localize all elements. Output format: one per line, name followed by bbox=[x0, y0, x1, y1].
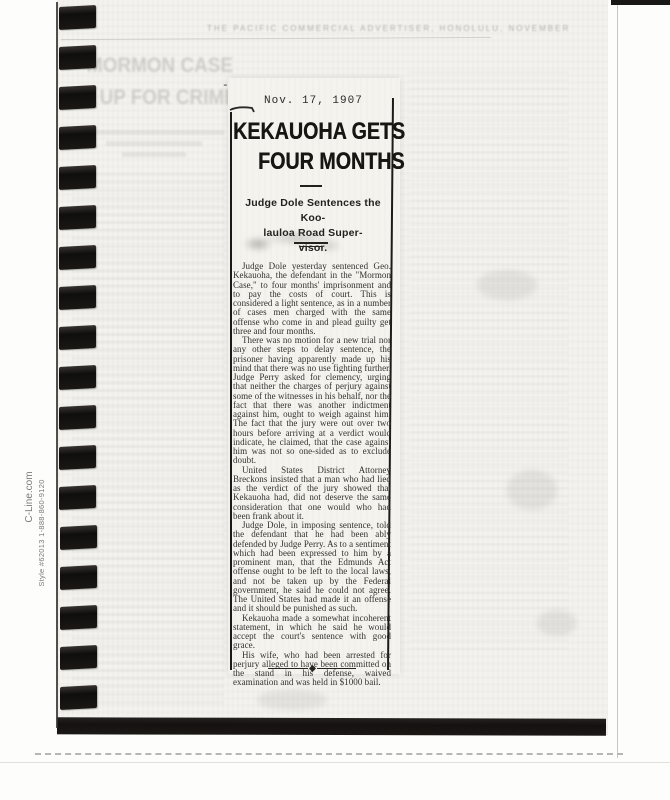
bleed-through-masthead: THE PACIFIC COMMERCIAL ADVERTISER, HONOL… bbox=[207, 24, 567, 33]
binding-tooth bbox=[59, 205, 96, 230]
photo-bottom-edge bbox=[57, 717, 606, 735]
binding-tooth bbox=[59, 85, 96, 110]
bleed-through-subhead-lines bbox=[79, 130, 229, 163]
sleeve-perforation-line bbox=[35, 753, 623, 755]
ink-smudge bbox=[236, 226, 346, 256]
scan-smear bbox=[507, 470, 557, 510]
bleed-through-text-column-right bbox=[409, 70, 569, 650]
binding-tooth bbox=[59, 405, 96, 430]
article-paragraph: Judge Dole, in imposing sentence, told t… bbox=[233, 521, 391, 614]
binding-tooth bbox=[59, 245, 96, 270]
sleeve-top-edge bbox=[611, 0, 670, 5]
sleeve-style-label: Style #62013 1-888-860-9120 bbox=[37, 438, 46, 628]
sleeve-brand-label: C-Line.com bbox=[24, 442, 35, 552]
binding-tooth bbox=[60, 685, 97, 710]
binding-tooth bbox=[59, 125, 96, 150]
newspaper-clipping: Nov. 17, 1907 KEKAUOHA GETS FOUR MONTHS … bbox=[228, 78, 400, 674]
sleeve-right-edge bbox=[617, 0, 618, 758]
binding-tooth bbox=[59, 165, 96, 190]
clipping-headline-line2: FOUR MONTHS bbox=[258, 150, 404, 174]
binding-tooth bbox=[59, 365, 96, 390]
binding-tooth bbox=[59, 5, 96, 30]
scan-smear bbox=[257, 690, 327, 710]
sleeve-bottom-line bbox=[0, 762, 670, 763]
article-paragraph: Kekauoha made a somewhat incoherent stat… bbox=[233, 614, 391, 651]
clipping-subhead-line1: Judge Dole Sentences the Koo- bbox=[232, 196, 394, 226]
binding-tooth bbox=[60, 645, 97, 670]
article-paragraph: Judge Dole yesterday sentenced Geo. Keka… bbox=[233, 262, 391, 336]
article-paragraph: There was no motion for a new trial nor … bbox=[233, 336, 391, 466]
binding-tooth bbox=[59, 285, 96, 310]
scanned-binder-page: THE PACIFIC COMMERCIAL ADVERTISER, HONOL… bbox=[0, 0, 670, 800]
clipping-headline-line1: KEKAUOHA GETS bbox=[233, 120, 405, 144]
article-paragraph: United States District Attorney Breckons… bbox=[233, 466, 391, 522]
headline-divider-rule bbox=[300, 185, 322, 187]
article-body: Judge Dole yesterday sentenced Geo. Keka… bbox=[233, 262, 391, 688]
article-end-rule bbox=[268, 666, 356, 671]
binding-tooth bbox=[60, 565, 97, 590]
binding-tooth bbox=[59, 45, 96, 70]
scan-smear bbox=[477, 270, 537, 300]
binding-tooth bbox=[59, 445, 96, 470]
binding-spine bbox=[56, 2, 58, 728]
handwritten-mark bbox=[228, 102, 258, 114]
binding-tooth bbox=[60, 525, 97, 550]
binding-tooth bbox=[59, 485, 96, 510]
bleed-through-masthead-rule bbox=[61, 37, 491, 40]
typed-date: Nov. 17, 1907 bbox=[264, 95, 363, 107]
bleed-through-headline-line1: MORMON CASE bbox=[87, 50, 249, 82]
scan-smear bbox=[537, 610, 577, 636]
binding-tooth bbox=[60, 605, 97, 630]
binding-tooth bbox=[59, 325, 96, 350]
